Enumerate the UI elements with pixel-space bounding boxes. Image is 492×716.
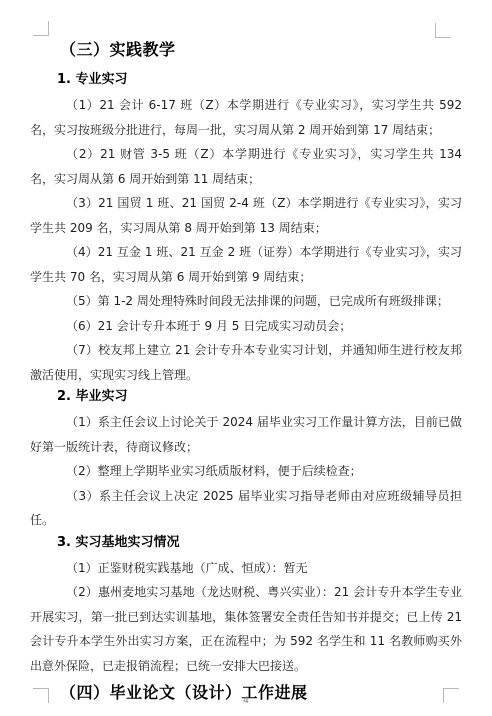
paragraph: （1）系主任会议上讨论关于 2024 届毕业实习工作量计算方法，目前已做好第一版… (30, 410, 462, 459)
paragraph: （3）系主任会议上决定 2025 届毕业实习指导老师由对应班级辅导员担任。 (30, 484, 462, 533)
subheading-internship-base-status: 3. 实习基地实习情况 (57, 535, 462, 551)
paragraph: （1）正鉴财税实践基地（广成、恒成）：暂无 (30, 556, 462, 581)
paragraph: （7）校友邦上建立 21 会计专升本专业实习计划，并通知师生进行校友邦激活使用，… (30, 338, 462, 387)
document-page: （三）实践教学 1. 专业实习 （1）21 会计 6-17 班（Z）本学期进行《… (0, 0, 492, 716)
paragraph: （1）21 会计 6-17 班（Z）本学期进行《专业实习》，实习学生共 592 … (30, 93, 462, 142)
text-boundary-corner-top-left-icon (33, 21, 49, 36)
paragraph: （2）21 财管 3-5 班（Z）本学期进行《专业实习》，实习学生共 134 名… (30, 142, 462, 191)
paragraph: （4）21 互金 1 班、21 互金 2 班（证券）本学期进行《专业实习》，实习… (30, 240, 462, 289)
page-number: 4 (0, 696, 492, 706)
text-boundary-corner-top-right-icon (435, 23, 451, 38)
section-heading-practical-teaching: （三）实践教学 (60, 40, 462, 59)
document-body: （三）实践教学 1. 专业实习 （1）21 会计 6-17 班（Z）本学期进行《… (30, 40, 462, 702)
paragraph: （5）第 1-2 周处理特殊时间段无法排课的问题，已完成所有班级排课； (30, 289, 462, 314)
paragraph: （3）21 国贸 1 班、21 国贸 2-4 班（Z）本学期进行《专业实习》，实… (30, 191, 462, 240)
paragraph: （6）21 会计专升本班于 9 月 5 日完成实习动员会； (30, 314, 462, 339)
subheading-graduation-internship: 2. 毕业实习 (57, 389, 462, 405)
paragraph: （2）惠州麦地实习基地（龙达财税、粤兴实业）：21 会计专升本学生专业开展实习，… (30, 580, 462, 678)
subheading-professional-internship: 1. 专业实习 (57, 72, 462, 88)
paragraph: （2）整理上学期毕业实习纸质版材料，便于后续检查； (30, 459, 462, 484)
